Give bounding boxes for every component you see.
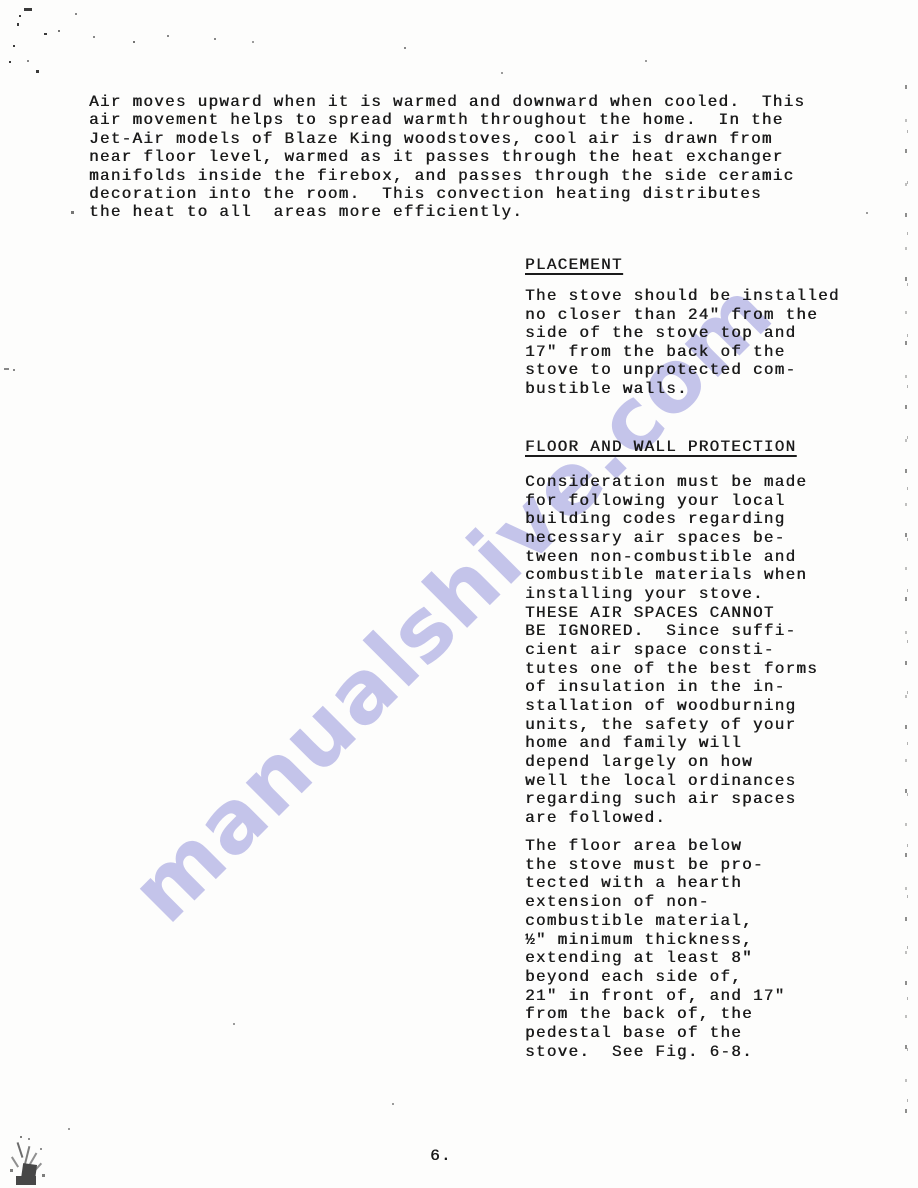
scan-speck (9, 61, 11, 63)
scan-speck (501, 72, 503, 74)
scan-speck (24, 8, 32, 11)
protection-paragraph-2: The floor area below the stove must be p… (525, 837, 785, 1061)
scan-speck (93, 36, 95, 38)
placement-paragraph: The stove should be installed no closer … (525, 287, 840, 398)
scanned-manual-page: manualshive.com Air moves upward when it… (0, 0, 918, 1188)
scan-speck (645, 60, 647, 62)
scan-speck (71, 211, 74, 214)
scan-speck (866, 212, 868, 214)
scan-smudge (6, 1136, 54, 1188)
scan-speck (58, 30, 60, 32)
scan-speck (233, 1023, 235, 1025)
scan-speck (13, 369, 15, 371)
section-heading-floor-wall-protection: FLOOR AND WALL PROTECTION (525, 438, 796, 457)
section-heading-placement: PLACEMENT (525, 256, 623, 275)
scan-speck (68, 1128, 70, 1130)
scan-speck (13, 45, 15, 47)
intro-paragraph: Air moves upward when it is warmed and d… (89, 93, 805, 222)
scan-speck (214, 38, 216, 40)
scan-speck (167, 35, 169, 37)
page-number: 6. (430, 1147, 452, 1166)
scan-speck (27, 60, 29, 62)
scan-speck (392, 1103, 394, 1105)
scan-speck (4, 368, 9, 370)
scan-speck (75, 13, 77, 15)
scan-speck (404, 47, 406, 49)
scan-speck (44, 33, 47, 35)
scan-speck (252, 41, 254, 43)
scan-speck (36, 70, 39, 73)
protection-paragraph-1: Consideration must be made for following… (525, 473, 818, 827)
scan-speck (19, 15, 21, 17)
scan-speck (17, 23, 19, 26)
scan-speck (133, 41, 135, 43)
scan-edge-artifact (907, 130, 908, 1110)
